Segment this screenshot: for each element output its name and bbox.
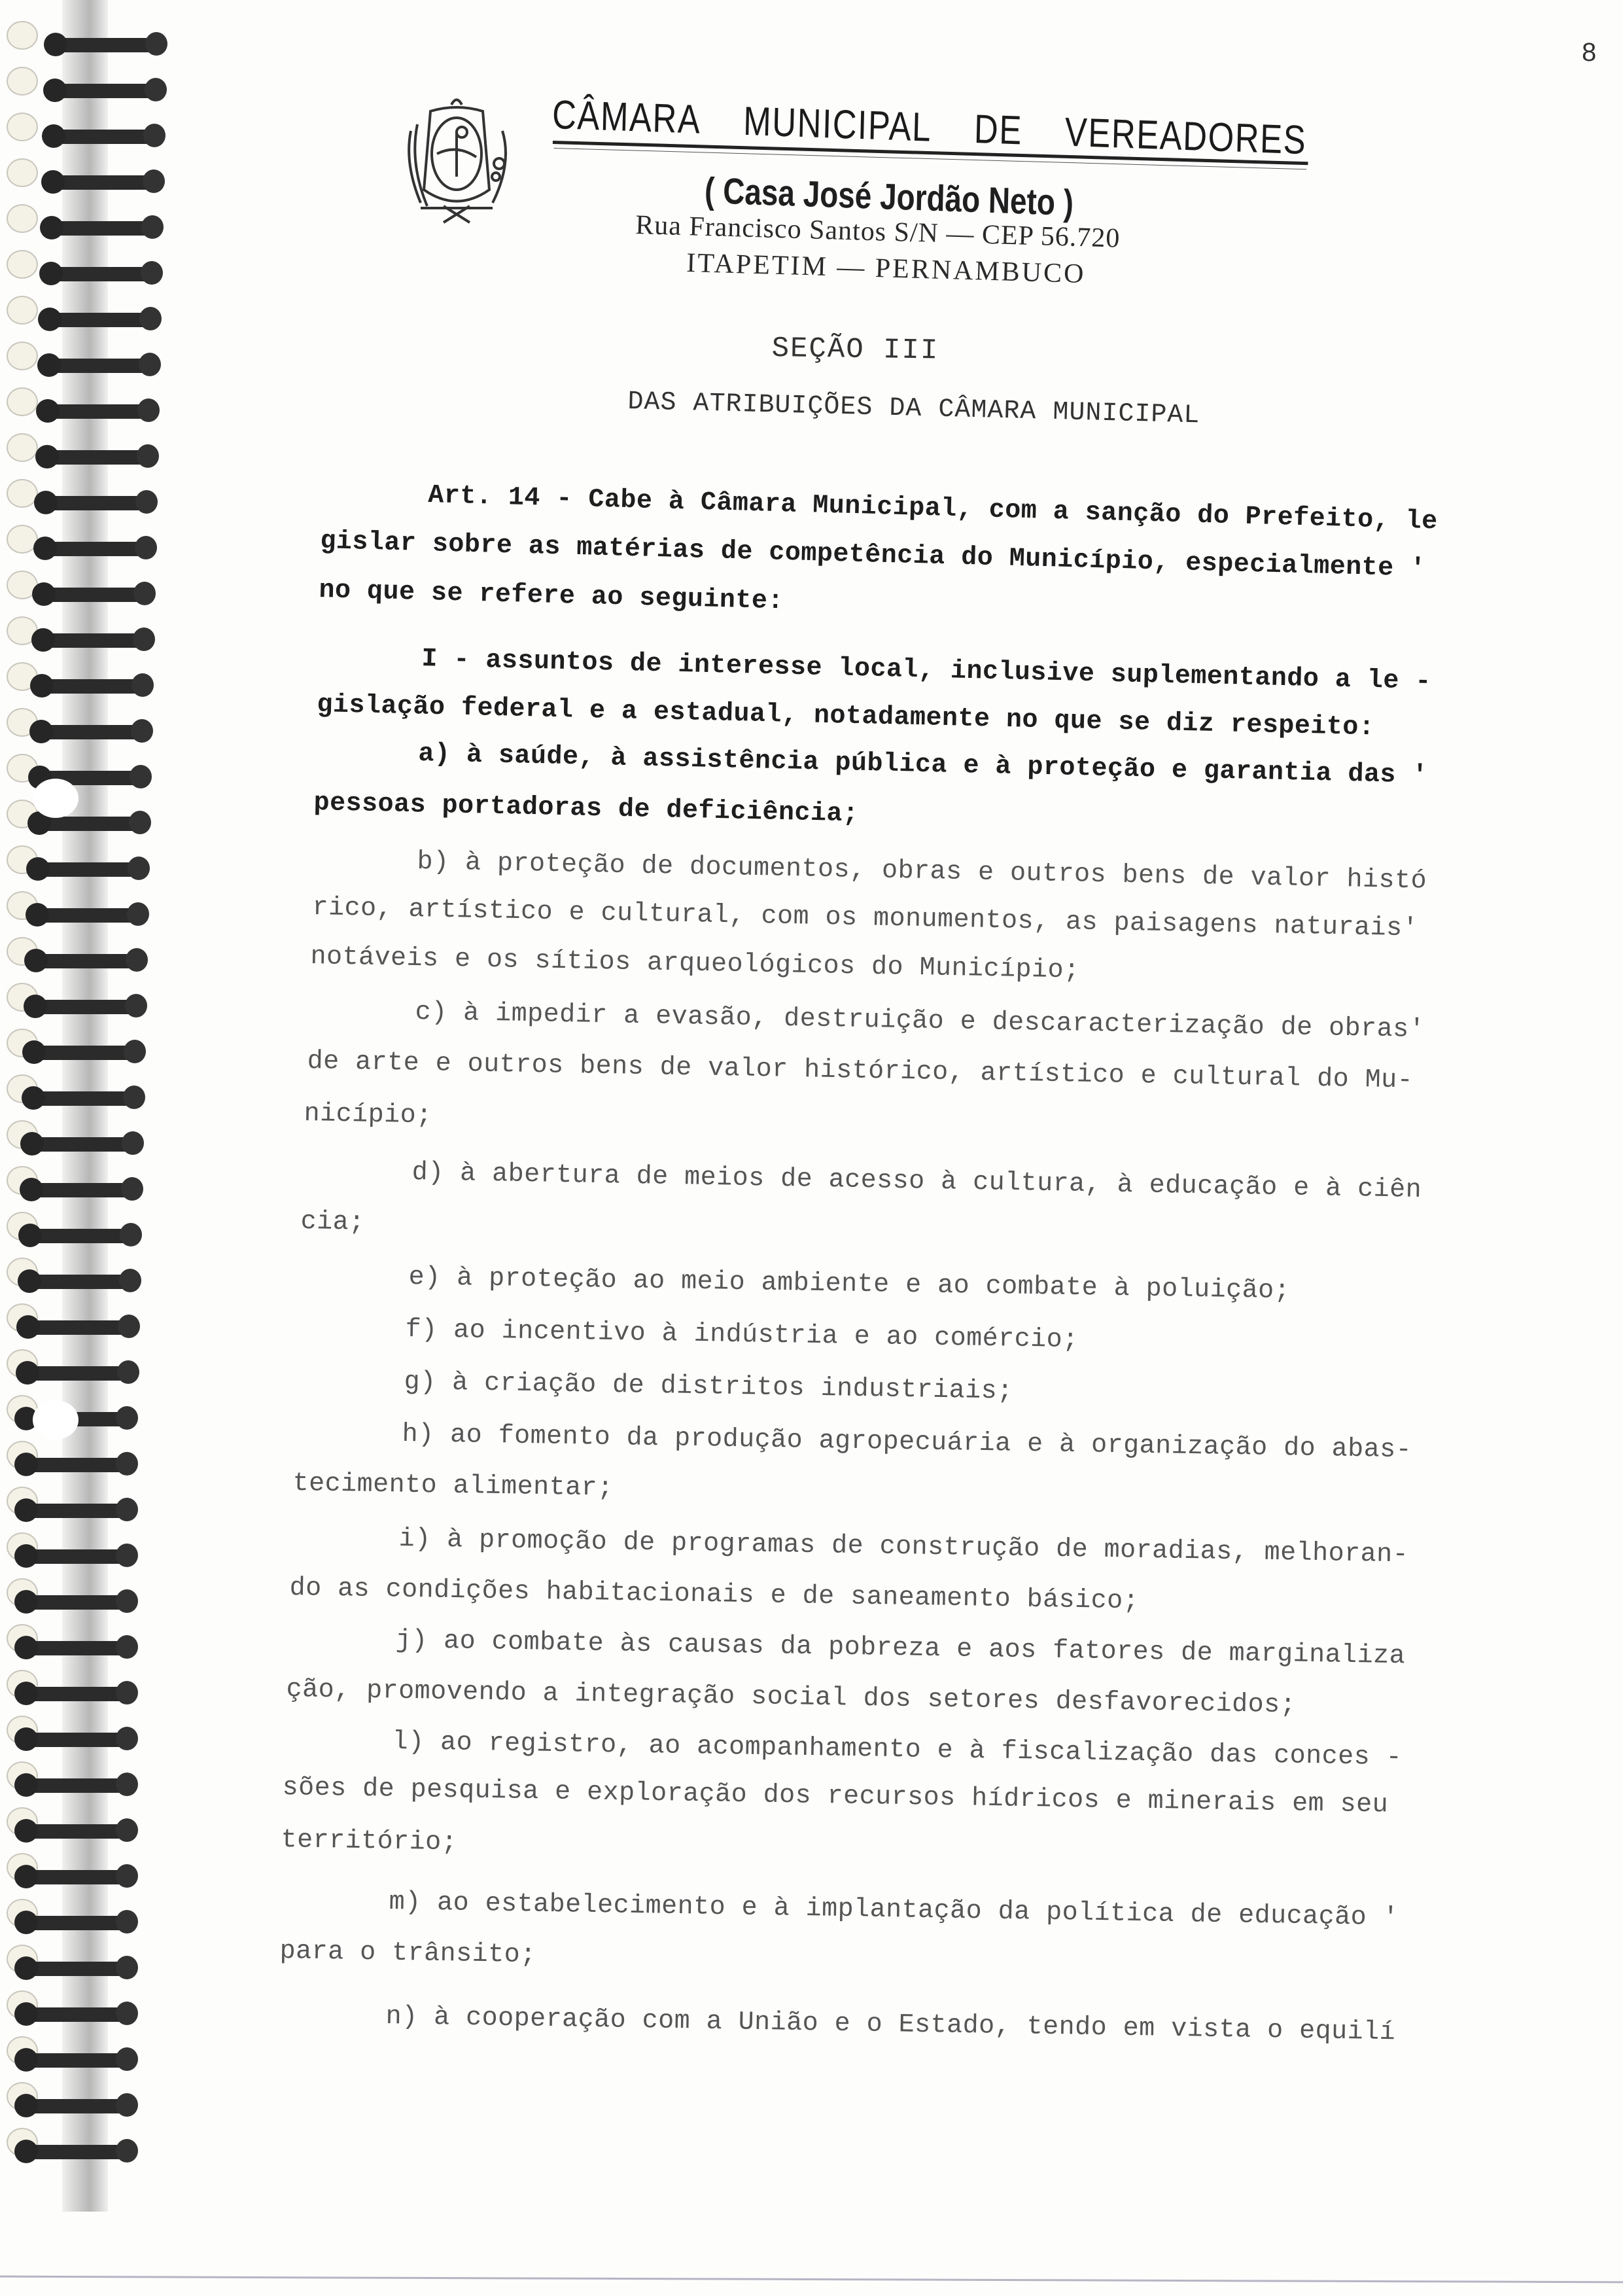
binding-coil	[29, 1000, 143, 1014]
body-line: I - assuntos de interesse local, inclusi…	[421, 645, 1431, 697]
binding-coil	[20, 2053, 134, 2068]
body-line: d) à abertura de meios de acesso à cultu…	[411, 1158, 1422, 1205]
binding-hole	[7, 479, 38, 508]
body-line: gislar sobre as matérias de competência …	[320, 527, 1426, 584]
body-line: no que se refere ao seguinte:	[319, 576, 784, 616]
binding-coil	[41, 404, 156, 419]
binding-coil	[27, 1046, 142, 1060]
binding-coil	[31, 908, 145, 923]
binding-hole	[7, 67, 38, 96]
binding-coil	[25, 1183, 139, 1197]
body-line: pessoas portadoras de deficiência;	[313, 788, 859, 829]
binding-coil	[35, 679, 150, 694]
body-line: f) ao incentivo à indústria e ao comérci…	[405, 1315, 1079, 1355]
binding-coil	[45, 221, 160, 236]
binding-coil	[44, 267, 159, 281]
binding-coil	[43, 359, 157, 373]
binding-coil	[48, 84, 163, 98]
body-line: e) à proteção ao meio ambiente e ao comb…	[408, 1263, 1290, 1306]
binding-coil	[47, 130, 162, 144]
body-line: j) ao combate às causas da pobreza e aos…	[395, 1626, 1405, 1671]
spiral-binding	[0, 0, 164, 2212]
binding-coil	[20, 2145, 134, 2159]
body-line: de arte e outros bens de valor histórico…	[307, 1047, 1413, 1096]
section-title: SEÇÃO III	[771, 332, 939, 368]
binding-coil	[35, 725, 149, 739]
body-line: l) ao registro, ao acompanhamento e à fi…	[392, 1727, 1402, 1773]
binding-coil	[22, 1320, 136, 1335]
body-line: gislação federal e a estadual, notadamen…	[317, 690, 1375, 743]
binding-coil	[20, 2099, 134, 2113]
binding-hole	[7, 158, 38, 187]
binding-coil	[20, 1962, 134, 1976]
binding-coil	[21, 1366, 135, 1381]
binding-coil	[39, 496, 154, 510]
binding-coil	[27, 1091, 141, 1106]
binding-coil	[20, 1641, 134, 1655]
binding-coil	[20, 1458, 134, 1472]
punch-hole	[33, 1400, 79, 1439]
binding-coil	[20, 1916, 134, 1930]
binding-coil	[31, 862, 146, 877]
letterhead-city: ITAPETIM — PERNAMBUCO	[686, 247, 1086, 290]
letterhead-title-word: MUNICIPAL	[743, 99, 932, 150]
binding-coil	[20, 1824, 134, 1839]
body-line: território;	[281, 1826, 457, 1858]
binding-coil	[20, 1778, 134, 1793]
binding-coil	[37, 588, 152, 602]
page-number: 8	[1582, 38, 1596, 67]
binding-coil	[20, 1549, 134, 1564]
binding-hole	[7, 433, 38, 462]
binding-coil	[20, 2007, 134, 2022]
body-line: b) à proteção de documentos, obras e out…	[417, 847, 1427, 896]
binding-hole	[7, 387, 38, 416]
binding-coil	[29, 954, 144, 968]
binding-coil	[20, 1687, 134, 1701]
coat-of-arms-icon	[391, 92, 522, 226]
body-line: c) à impedir a evasão, destruição e desc…	[415, 998, 1425, 1045]
body-line: rico, artístico e cultural, com os monum…	[312, 893, 1418, 944]
binding-coil	[20, 1504, 134, 1518]
binding-coil	[49, 38, 164, 52]
binding-coil	[26, 1137, 140, 1152]
letterhead-title-word: VEREADORES	[1064, 110, 1307, 164]
binding-coil	[37, 633, 151, 648]
binding-coil	[20, 1870, 134, 1884]
binding-hole	[7, 21, 38, 50]
binding-coil	[24, 1229, 138, 1243]
binding-coil	[39, 542, 153, 556]
binding-coil	[20, 1595, 134, 1610]
binding-hole	[7, 204, 38, 233]
binding-coil	[33, 817, 147, 831]
body-line: sões de pesquisa e exploração dos recurs…	[282, 1773, 1388, 1820]
body-line: i) à promoção de programas de construção…	[398, 1525, 1408, 1570]
letterhead-title-word: DE	[973, 107, 1022, 153]
binding-hole	[7, 250, 38, 279]
body-line: g) à criação de distritos industriais;	[404, 1368, 1013, 1407]
body-line: a) à saúde, à assistência pública e à pr…	[418, 739, 1428, 791]
body-line: n) à cooperação com a União e o Estado, …	[385, 2002, 1395, 2047]
body-line: cia;	[300, 1207, 365, 1238]
binding-coil	[46, 175, 161, 190]
binding-coil	[43, 313, 158, 327]
body-line: notáveis e os sítios arqueológicos do Mu…	[310, 942, 1080, 986]
binding-coil	[41, 450, 155, 465]
section-subtitle: DAS ATRIBUIÇÕES DA CÂMARA MUNICIPAL	[627, 387, 1200, 431]
body-line: m) ao estabelecimento e à implantação da…	[389, 1888, 1399, 1933]
binding-coil	[23, 1275, 137, 1289]
body-line: do as condições habitacionais e de sanea…	[289, 1574, 1139, 1616]
binding-hole	[7, 296, 38, 325]
letterhead-title-word: CÂMARA	[551, 92, 701, 143]
body-line: tecimento alimentar;	[292, 1469, 614, 1504]
body-line: h) ao fomento da produção agropecuária e…	[402, 1420, 1412, 1465]
binding-coil	[20, 1733, 134, 1747]
punch-hole	[33, 779, 79, 818]
binding-hole	[7, 113, 38, 141]
body-line: Art. 14 - Cabe à Câmara Municipal, com a…	[428, 481, 1438, 537]
page-bottom-edge	[0, 2276, 1623, 2284]
body-line: para o trânsito;	[279, 1937, 536, 1970]
body-line: ção, promovendo a integração social dos …	[286, 1675, 1296, 1720]
binding-hole	[7, 342, 38, 370]
body-line: nicípio;	[304, 1099, 432, 1131]
